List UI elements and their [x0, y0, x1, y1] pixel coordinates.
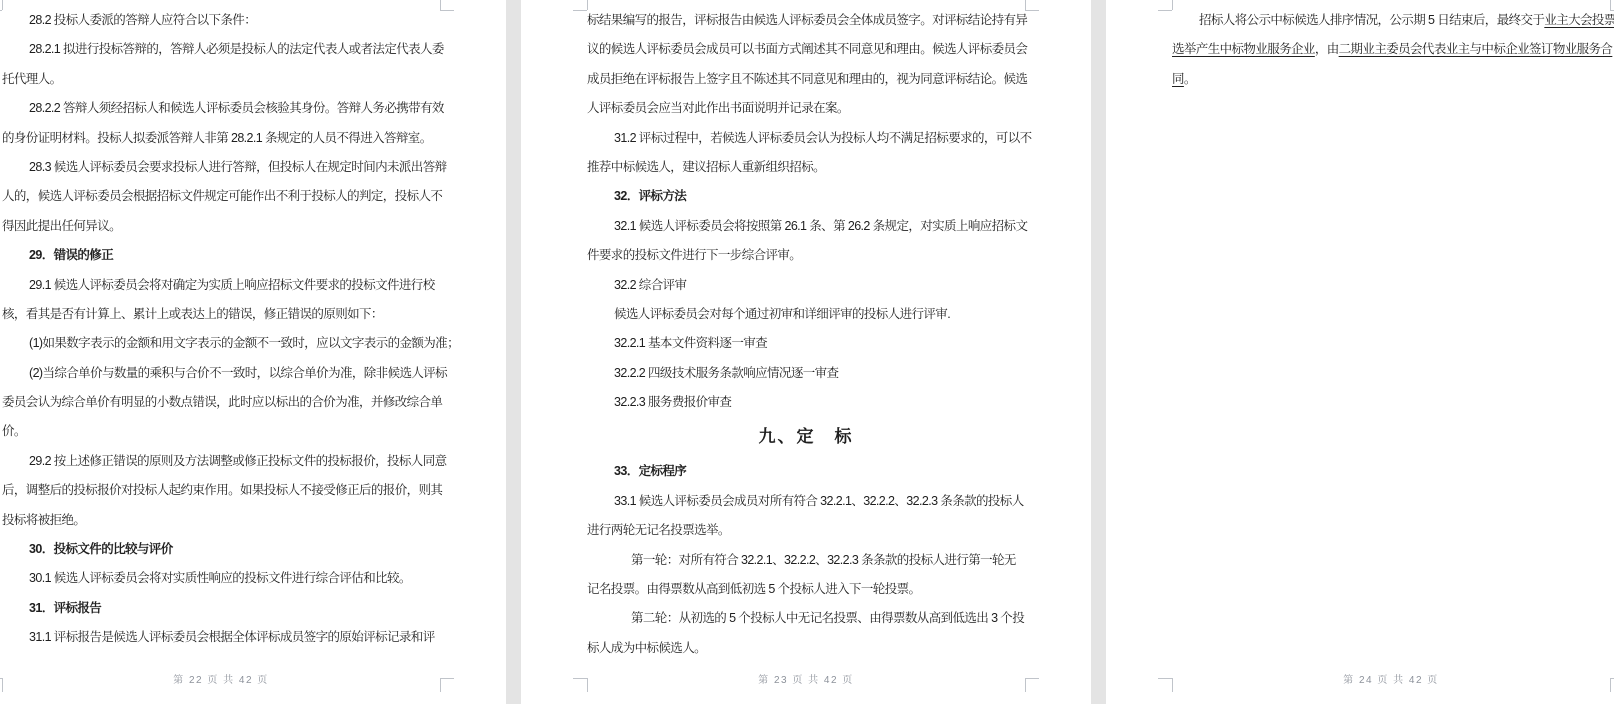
text-line[interactable]: 32.2.2 四级技术服务条款响应情况逐一审查 [587, 359, 1025, 388]
page-24-footer: 第 24 页 共 42 页 [1106, 671, 1614, 686]
crop-mark [1025, 0, 1026, 10]
text-line[interactable]: 进行两轮无记名投票选举。 [587, 516, 1025, 545]
text-run: 记名投票。由得票数从高到低初选 5 个投标人进入下一轮投票。 [587, 582, 920, 596]
text-run: 招标人将公示中标候选人排序情况，公示期 5 日结束后，最终交于 [1199, 13, 1544, 27]
text-line[interactable]: 32.2.1 基本文件资料逐一审查 [587, 329, 1025, 358]
page-23-footer: 第 23 页 共 42 页 [521, 671, 1091, 686]
text-run: 33．定标程序 [614, 464, 686, 478]
text-run: 31.2 评标过程中，若候选人评标委员会认为投标人均不满足招标要求的，可以不 [614, 131, 1032, 145]
crop-mark [1025, 678, 1026, 692]
text-line[interactable]: 28.2 投标人委派的答辩人应符合以下条件： [2, 6, 440, 35]
text-run: 推荐中标候选人，建议招标人重新组织招标。 [587, 160, 825, 174]
text-run: 九、定 标 [759, 427, 854, 446]
text-line[interactable]: 招标人将公示中标候选人排序情况，公示期 5 日结束后，最终交于业主大会投票 [1172, 6, 1610, 35]
crop-mark [1158, 678, 1172, 679]
page-23[interactable]: 标结果编写的报告，评标报告由候选人评标委员会全体成员签字。对评标结论持有异议的候… [521, 0, 1091, 704]
text-line[interactable]: 32．评标方法 [587, 182, 1025, 211]
crop-mark [440, 678, 441, 692]
text-line[interactable]: 32.2 综合评审 [587, 271, 1025, 300]
text-run: 候选人评标委员会对每个通过初审和详细评审的投标人进行评审. [614, 307, 950, 321]
text-run: 同 [1172, 72, 1184, 86]
text-line[interactable]: 28.3 候选人评标委员会要求投标人进行答辩，但投标人在规定时间内未派出答辩 [2, 153, 440, 182]
text-line[interactable]: (2)当综合单价与数量的乘积与合价不一致时，以综合单价为准，除非候选人评标 [2, 359, 440, 388]
text-run: 标结果编写的报告，评标报告由候选人评标委员会全体成员签字。对评标结论持有异 [587, 13, 1027, 27]
text-run: 第二轮：从初选的 5 个投标人中无记名投票、由得票数从高到低选出 3 个投 [631, 611, 1024, 625]
document-canvas: 28.2 投标人委派的答辩人应符合以下条件：28.2.1 拟进行投标答辩的，答辩… [0, 0, 1614, 704]
text-line[interactable]: 31.1 评标报告是候选人评标委员会根据全体评标成员签字的原始评标记录和评 [2, 623, 440, 652]
text-line[interactable]: 记名投票。由得票数从高到低初选 5 个投标人进入下一轮投票。 [587, 575, 1025, 604]
text-line[interactable]: 人的，候选人评标委员会根据招标文件规定可能作出不利于投标人的判定，投标人不 [2, 182, 440, 211]
crop-mark [0, 10, 2, 11]
crop-mark [440, 678, 454, 679]
text-line[interactable]: 29.1 候选人评标委员会将对确定为实质上响应招标文件要求的投标文件进行校 [2, 271, 440, 300]
text-line[interactable]: 第二轮：从初选的 5 个投标人中无记名投票、由得票数从高到低选出 3 个投 [587, 604, 1025, 633]
text-run: 二期业主委员会代表业主与中标企业签订物业服务合 [1339, 42, 1613, 56]
text-line[interactable]: 推荐中标候选人，建议招标人重新组织招标。 [587, 153, 1025, 182]
text-line[interactable]: 选举产生中标物业服务企业，由二期业主委员会代表业主与中标企业签订物业服务合 [1172, 35, 1610, 64]
text-line[interactable]: 人评标委员会应当对此作出书面说明并记录在案。 [587, 94, 1025, 123]
text-run: 投标将被拒绝。 [2, 513, 85, 527]
text-line[interactable]: 31．评标报告 [2, 594, 440, 623]
text-run: 29.2 按上述修正错误的原则及方法调整或修正投标文件的投标报价，投标人同意 [29, 454, 447, 468]
text-line[interactable]: 件要求的投标文件进行下一步综合评审。 [587, 241, 1025, 270]
text-run: 32.2.1 基本文件资料逐一审查 [614, 336, 767, 350]
text-run: 32.2 综合评审 [614, 278, 686, 292]
text-run: 32．评标方法 [614, 189, 686, 203]
text-line[interactable]: 32.1 候选人评标委员会将按照第 26.1 条、第 26.2 条规定，对实质上… [587, 212, 1025, 241]
text-run: 核，看其是否有计算上、累计上或表达上的错误，修正错误的原则如下： [2, 307, 383, 321]
text-line[interactable]: 30.1 候选人评标委员会将对实质性响应的投标文件进行综合评估和比较。 [2, 564, 440, 593]
crop-mark [1172, 0, 1173, 10]
crop-mark [573, 10, 587, 11]
text-line[interactable]: 后，调整后的投标报价对投标人起约束作用。如果投标人不接受修正后的报价，则其 [2, 476, 440, 505]
page-22-content: 28.2 投标人委派的答辩人应符合以下条件：28.2.1 拟进行投标答辩的，答辩… [2, 6, 440, 653]
crop-mark [1158, 10, 1172, 11]
crop-mark [1610, 10, 1614, 11]
text-run: 后，调整后的投标报价对投标人起约束作用。如果投标人不接受修正后的报价，则其 [2, 483, 442, 497]
text-run: 选举产生中标物业服务企业 [1172, 42, 1315, 56]
text-line[interactable]: 委员会认为综合单价有明显的小数点错误，此时应以标出的合价为准，并修改综合单 [2, 388, 440, 417]
page-24[interactable]: 招标人将公示中标候选人排序情况，公示期 5 日结束后，最终交于业主大会投票选举产… [1106, 0, 1614, 704]
text-line[interactable]: 30．投标文件的比较与评价 [2, 535, 440, 564]
crop-mark [440, 0, 441, 10]
text-run: 30.1 候选人评标委员会将对实质性响应的投标文件进行综合评估和比较。 [29, 571, 411, 585]
text-line[interactable]: 价。 [2, 417, 440, 446]
text-line[interactable]: 31.2 评标过程中，若候选人评标委员会认为投标人均不满足招标要求的，可以不 [587, 124, 1025, 153]
crop-mark [1610, 0, 1611, 10]
text-run: 32.2.2 四级技术服务条款响应情况逐一审查 [614, 366, 838, 380]
crop-mark [1025, 10, 1039, 11]
text-line[interactable]: 标人成为中标候选人。 [587, 634, 1025, 663]
text-run: 得因此提出任何异议。 [2, 219, 121, 233]
text-run: 件要求的投标文件进行下一步综合评审。 [587, 248, 801, 262]
text-run: (2)当综合单价与数量的乘积与合价不一致时，以综合单价为准，除非候选人评标 [29, 366, 447, 380]
text-run: 32.2.3 服务费报价审查 [614, 395, 731, 409]
text-run: 31．评标报告 [29, 601, 101, 615]
text-run: 价。 [2, 424, 26, 438]
text-line[interactable]: (1)如果数字表示的金额和用文字表示的金额不一致时，应以文字表示的金额为准； [2, 329, 440, 358]
text-run: 33.1 候选人评标委员会成员对所有符合 32.2.1、32.2.2、32.2.… [614, 494, 1024, 508]
text-line[interactable]: 33.1 候选人评标委员会成员对所有符合 32.2.1、32.2.2、32.2.… [587, 487, 1025, 516]
text-line[interactable]: 标结果编写的报告，评标报告由候选人评标委员会全体成员签字。对评标结论持有异 [587, 6, 1025, 35]
page-23-content: 标结果编写的报告，评标报告由候选人评标委员会全体成员签字。对评标结论持有异议的候… [587, 6, 1025, 663]
text-run: (1)如果数字表示的金额和用文字表示的金额不一致时，应以文字表示的金额为准； [29, 336, 459, 350]
crop-mark [440, 10, 454, 11]
text-line[interactable]: 投标将被拒绝。 [2, 506, 440, 535]
text-run: 进行两轮无记名投票选举。 [587, 523, 730, 537]
text-line[interactable]: 第一轮：对所有符合 32.2.1、32.2.2、32.2.3 条条款的投标人进行… [587, 546, 1025, 575]
text-run: 32.1 候选人评标委员会将按照第 26.1 条、第 26.2 条规定，对实质上… [614, 219, 1027, 233]
text-run: 委员会认为综合单价有明显的小数点错误，此时应以标出的合价为准，并修改综合单 [2, 395, 442, 409]
text-run: 议的候选人评标委员会成员可以书面方式阐述其不同意见和理由。候选人评标委员会 [587, 42, 1027, 56]
text-run: 第一轮：对所有符合 32.2.1、32.2.2、32.2.3 条条款的投标人进行… [631, 553, 1016, 567]
text-line[interactable]: 托代理人。 [2, 65, 440, 94]
text-run: 。 [1184, 72, 1196, 86]
crop-mark [587, 0, 588, 10]
text-run: 成员拒绝在评标报告上签字且不陈述其不同意见和理由的，视为同意评标结论。候选 [587, 72, 1027, 86]
text-run: 28.3 候选人评标委员会要求投标人进行答辩，但投标人在规定时间内未派出答辩 [29, 160, 447, 174]
crop-mark [1172, 678, 1173, 692]
page-22-footer: 第 22 页 共 42 页 [0, 671, 506, 686]
text-line[interactable]: 29．错误的修正 [2, 241, 440, 270]
text-line[interactable]: 的身份证明材料。投标人拟委派答辩人非第 28.2.1 条规定的人员不得进入答辩室… [2, 124, 440, 153]
text-run: 人的，候选人评标委员会根据招标文件规定可能作出不利于投标人的判定，投标人不 [2, 189, 442, 203]
text-run: 28.2.1 拟进行投标答辩的，答辩人必须是投标人的法定代表人或者法定代表人委 [29, 42, 444, 56]
text-line[interactable]: 28.2.1 拟进行投标答辩的，答辩人必须是投标人的法定代表人或者法定代表人委 [2, 35, 440, 64]
text-run: 29.1 候选人评标委员会将对确定为实质上响应招标文件要求的投标文件进行校 [29, 278, 435, 292]
text-run: 30．投标文件的比较与评价 [29, 542, 173, 556]
crop-mark [1025, 678, 1039, 679]
text-run: 标人成为中标候选人。 [587, 641, 706, 655]
crop-mark [587, 678, 588, 692]
text-line[interactable]: 29.2 按上述修正错误的原则及方法调整或修正投标文件的投标报价，投标人同意 [2, 447, 440, 476]
text-line[interactable]: 议的候选人评标委员会成员可以书面方式阐述其不同意见和理由。候选人评标委员会 [587, 35, 1025, 64]
crop-mark [2, 678, 3, 692]
crop-mark [573, 678, 587, 679]
text-line[interactable]: 核，看其是否有计算上、累计上或表达上的错误，修正错误的原则如下： [2, 300, 440, 329]
text-line[interactable]: 32.2.3 服务费报价审查 [587, 388, 1025, 417]
crop-mark [1610, 678, 1611, 692]
text-line[interactable]: 28.2.2 答辩人须经招标人和候选人评标委员会核验其身份。答辩人务必携带有效 [2, 94, 440, 123]
text-line[interactable]: 候选人评标委员会对每个通过初审和详细评审的投标人进行评审. [587, 300, 1025, 329]
text-line[interactable]: 得因此提出任何异议。 [2, 212, 440, 241]
text-run: 28.2.2 答辩人须经招标人和候选人评标委员会核验其身份。答辩人务必携带有效 [29, 101, 444, 115]
text-run: 业主大会投票 [1544, 13, 1614, 27]
crop-mark [2, 0, 3, 10]
page-24-content: 招标人将公示中标候选人排序情况，公示期 5 日结束后，最终交于业主大会投票选举产… [1172, 6, 1610, 94]
text-line[interactable]: 成员拒绝在评标报告上签字且不陈述其不同意见和理由的，视为同意评标结论。候选 [587, 65, 1025, 94]
text-line[interactable]: 33．定标程序 [587, 457, 1025, 486]
text-run: 人评标委员会应当对此作出书面说明并记录在案。 [587, 101, 849, 115]
text-run: ，由 [1315, 42, 1339, 56]
text-run: 31.1 评标报告是候选人评标委员会根据全体评标成员签字的原始评标记录和评 [29, 630, 435, 644]
text-run: 的身份证明材料。投标人拟委派答辩人非第 28.2.1 条规定的人员不得进入答辩室… [2, 131, 432, 145]
text-run: 29．错误的修正 [29, 248, 113, 262]
text-line[interactable]: 同。 [1172, 65, 1610, 94]
text-run: 28.2 投标人委派的答辩人应符合以下条件： [29, 13, 256, 27]
text-run: 托代理人。 [2, 72, 62, 86]
page-22[interactable]: 28.2 投标人委派的答辩人应符合以下条件：28.2.1 拟进行投标答辩的，答辩… [0, 0, 506, 704]
text-line[interactable]: 九、定 标 [587, 417, 1025, 457]
